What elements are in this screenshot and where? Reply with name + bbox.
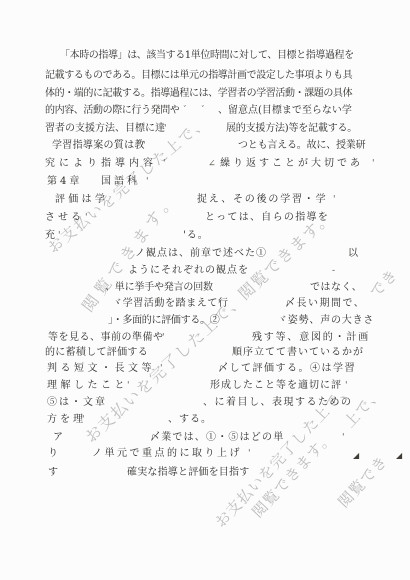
- text-segment: ': [345, 380, 347, 392]
- scan-artifact-mark: ◢: [396, 452, 402, 460]
- text-segment: 残す等、意図的・計画: [252, 332, 370, 344]
- text-segment: ': [160, 363, 162, 375]
- text-segment: ': [248, 448, 250, 460]
- text-segment: ア: [53, 432, 63, 444]
- document-text-layer: 「本時の指導」は、該当する1単位時間に対して、目標と指導過程を記載するものである…: [0, 0, 410, 580]
- text-segment: 形成したこと等を適切に評: [210, 380, 342, 392]
- text-line: ⑤は・文章、に着目し、表現するための: [0, 397, 410, 411]
- text-segment: ': [352, 363, 354, 375]
- text-line: 究により指導内容'∠繰り返すことが大切であ': [0, 158, 410, 172]
- text-segment: 第4章: [47, 176, 82, 188]
- text-line: させる'とっては、自らの指導を': [0, 212, 410, 226]
- text-line: 体的・端的に記載する。指導過程には、学習者の学習活動・課題の具体: [0, 88, 410, 102]
- text-segment: 、単に挙手や発言の回数: [105, 282, 213, 294]
- text-segment: 、に着目し、表現するための: [203, 397, 353, 409]
- text-line: す確実な指導と評価を目指す: [0, 467, 410, 481]
- text-segment: ': [127, 380, 129, 392]
- text-segment: 体的・端的に記載する。指導過程には、学習者の学習活動・課題の具体: [45, 88, 352, 100]
- text-segment: ': [320, 212, 322, 224]
- text-segment: 確実な指導と評価を目指す: [127, 467, 249, 479]
- text-line: 方を理'、する。: [0, 414, 410, 428]
- text-line: ようにそれぞれの観点を-: [0, 265, 410, 279]
- text-segment: ⑤は・文章: [47, 397, 107, 409]
- text-segment: 的内容、活動の際に行う発問や: [45, 105, 179, 117]
- text-segment: 国語科: [101, 176, 140, 188]
- text-segment: 評価は学: [55, 194, 108, 206]
- text-segment: 〆して評価する。④は学習: [218, 363, 356, 375]
- text-line: ノ観点は、前章で述べた①以: [0, 248, 410, 262]
- text-segment: ヾ姿勢、声の大きさ: [277, 315, 374, 327]
- text-segment: ∠: [208, 158, 216, 170]
- text-segment: ノ単元で重点的に取り上げ: [92, 448, 242, 460]
- text-segment: 記載するものである。目標には単元の指導計画で設定した事項よりも具: [45, 70, 352, 82]
- text-line: 習者の支援方法、目標に達'展的支援方法)等を記載する。: [0, 123, 410, 137]
- text-segment: ': [372, 158, 374, 170]
- text-segment: 学習指導案の質は教: [52, 140, 145, 152]
- text-segment: 〆長い期間で、: [285, 298, 365, 310]
- text-segment: ': [82, 414, 84, 426]
- text-line: 充''る。: [0, 230, 410, 244]
- text-segment: ようにそれぞれの観点を: [128, 265, 249, 277]
- text-segment: 習者の支援方法、目標に達: [45, 123, 165, 135]
- text-segment: 順序立てて書いているかが: [232, 347, 364, 359]
- text-line: ヾ学習活動を踏まえて行'〆長い期間で、: [0, 298, 410, 312]
- text-segment: 〆業では、①・⑤はどの単: [150, 432, 284, 444]
- document-page: お支払いを完了した上で、閲覧できます。お支払いを完了した上で、閲覧できます。お支…: [0, 0, 410, 580]
- text-line: りノ単元で重点的に取り上げ': [0, 448, 410, 462]
- text-segment: ': [163, 158, 165, 170]
- text-line: 記載するものである。目標には単元の指導計画で設定した事項よりも具: [0, 70, 410, 84]
- text-segment: ': [342, 432, 344, 444]
- text-line: 第4章国語科': [0, 176, 410, 190]
- text-segment: ': [164, 123, 166, 135]
- text-segment: 的に蓄積して評価する: [45, 347, 148, 359]
- text-segment: -: [332, 265, 335, 277]
- text-segment: 」・多面的に評価する。②: [108, 315, 219, 327]
- text-segment: ': [333, 194, 335, 206]
- text-line: 」・多面的に評価する。②ヾ姿勢、声の大きさ: [0, 315, 410, 329]
- text-segment: ': [143, 140, 145, 152]
- text-segment: ': [162, 332, 164, 344]
- text-line: 理解したこと'形成したこと等を適切に評': [0, 380, 410, 394]
- text-segment: ノ観点は、前章で述べた①: [135, 248, 267, 260]
- text-segment: つとも言える。故に、授業研: [238, 140, 365, 152]
- text-line: ア〆業では、①・⑤はどの単': [0, 432, 410, 446]
- text-line: 等を見る、事前の準備や'残す等、意図的・計画: [0, 332, 410, 346]
- text-segment: ではなく、: [310, 282, 362, 294]
- text-segment: 、する。: [168, 414, 212, 426]
- text-segment: させる: [45, 212, 84, 224]
- text-segment: ': [58, 230, 60, 242]
- text-segment: とっては、自らの指導を: [205, 212, 329, 224]
- text-line: 的に蓄積して評価する順序立てて書いているかが: [0, 347, 410, 361]
- text-segment: ': [146, 176, 148, 188]
- text-line: 、単に挙手や発言の回数ではなく、: [0, 282, 410, 296]
- text-segment: 「本時の指導」は、該当する1単位時間に対して、目標と指導過程を: [60, 50, 354, 62]
- text-line: 「本時の指導」は、該当する1単位時間に対して、目標と指導過程を: [0, 50, 410, 64]
- text-segment: 等を見る、事前の準備や: [48, 332, 164, 344]
- scan-artifact-mark: ◢: [353, 452, 359, 460]
- text-segment: 繰り返すことが大切であ: [220, 158, 363, 170]
- text-segment: 展的支援方法)等を記載する。: [226, 123, 357, 135]
- text-segment: 究により指導内容: [45, 158, 157, 170]
- text-segment: 判る短文・長文等: [47, 363, 155, 375]
- text-segment: 理解したこと: [47, 380, 128, 392]
- text-segment: 充: [45, 230, 55, 242]
- text-segment: り: [48, 448, 58, 460]
- text-line: 的内容、活動の際に行う発問や゙゙、留意点(目標まで至らない学: [0, 105, 410, 119]
- text-segment: ヾ学習活動を踏まえて行: [112, 298, 229, 310]
- text-segment: 、留意点(目標まで至らない学: [218, 105, 352, 117]
- text-segment: 'る。: [183, 230, 209, 242]
- text-line: 評価は学捉え、その後の学習・学': [0, 194, 410, 208]
- text-line: 学習指導案の質は教'つとも言える。故に、授業研: [0, 140, 410, 154]
- text-segment: 方を理: [47, 414, 86, 426]
- text-segment: ': [218, 298, 220, 310]
- text-segment: す: [48, 467, 58, 479]
- text-segment: 以: [348, 248, 358, 260]
- text-segment: ': [85, 212, 87, 224]
- text-segment: 捉え、その後の学習・学: [197, 194, 327, 206]
- text-line: 判る短文・長文等'〆して評価する。④は学習': [0, 363, 410, 377]
